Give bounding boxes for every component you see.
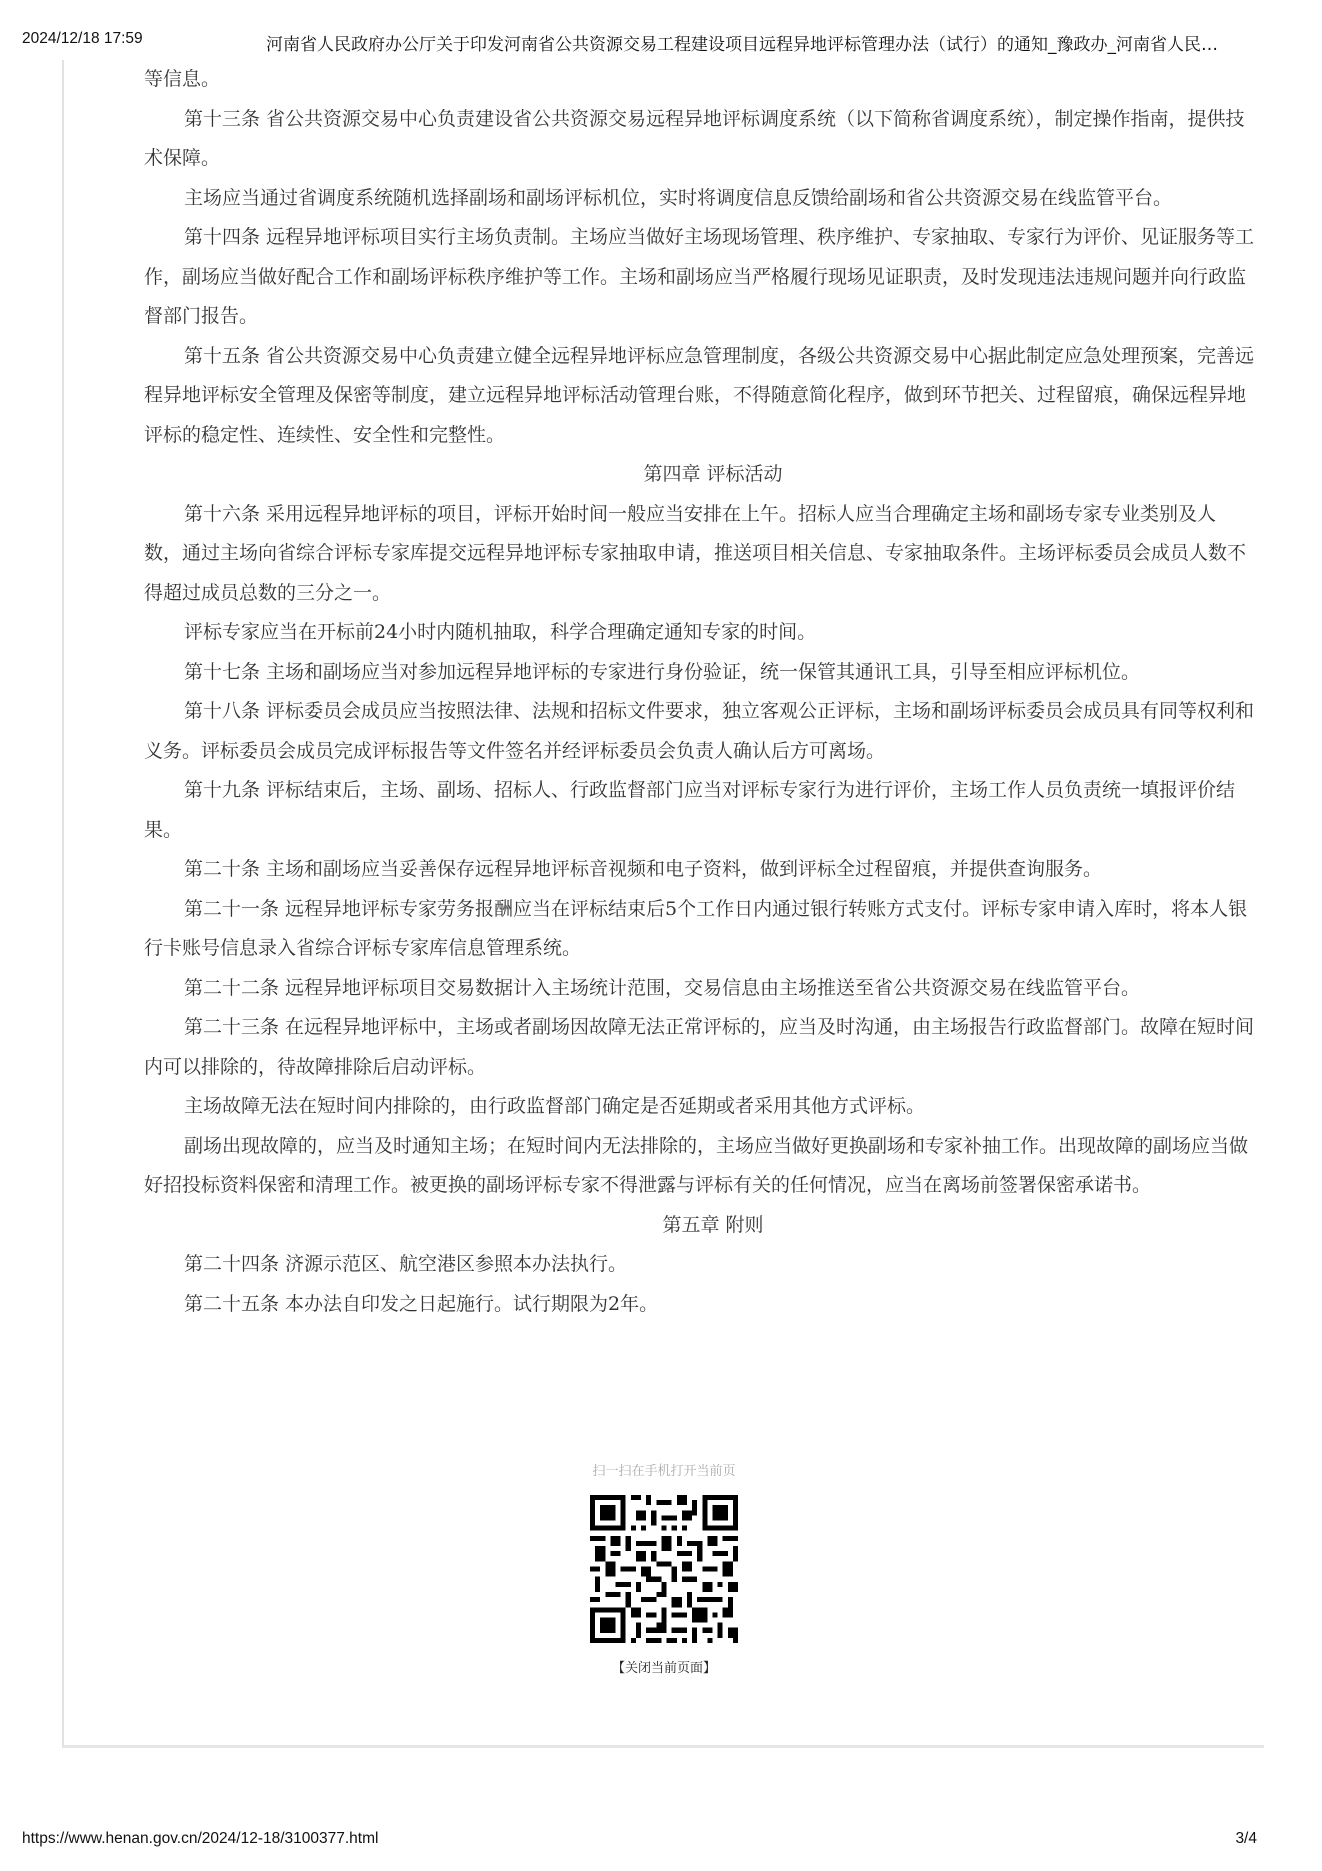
article-paragraph: 程异地评标安全管理及保密等制度，建立远程异地评标活动管理台账，不得随意简化程序，… <box>144 376 1264 416</box>
article-paragraph: 第二十三条 在远程异地评标中，主场或者副场因故障无法正常评标的，应当及时沟通，由… <box>144 1008 1264 1048</box>
article-paragraph: 果。 <box>144 811 1264 851</box>
article-paragraph: 副场出现故障的，应当及时通知主场；在短时间内无法排除的，主场应当做好更换副场和专… <box>144 1127 1264 1167</box>
article-paragraph: 第十七条 主场和副场应当对参加远程异地评标的专家进行身份验证，统一保管其通讯工具… <box>144 653 1264 693</box>
article-paragraph: 评标专家应当在开标前24小时内随机抽取，科学合理确定通知专家的时间。 <box>144 613 1264 653</box>
print-date: 2024/12/18 17:59 <box>22 30 143 48</box>
article-paragraph: 第二十一条 远程异地评标专家劳务报酬应当在评标结束后5个工作日内通过银行转账方式… <box>144 890 1264 930</box>
print-header: 2024/12/18 17:59 河南省人民政府办公厅关于印发河南省公共资源交易… <box>0 30 1322 60</box>
chapter-heading: 第四章 评标活动 <box>144 455 1264 495</box>
article-paragraph: 第十九条 评标结束后，主场、副场、招标人、行政监督部门应当对评标专家行为进行评价… <box>144 771 1264 811</box>
article-paragraph: 主场故障无法在短时间内排除的，由行政监督部门确定是否延期或者采用其他方式评标。 <box>144 1087 1264 1127</box>
qr-section: 扫一扫在手机打开当前页 【关闭当前页面】 <box>64 1460 1264 1677</box>
article-paragraph: 第十八条 评标委员会成员应当按照法律、法规和招标文件要求，独立客观公正评标，主场… <box>144 692 1264 732</box>
article-paragraph: 第二十二条 远程异地评标项目交易数据计入主场统计范围，交易信息由主场推送至省公共… <box>144 969 1264 1009</box>
print-footer: https://www.henan.gov.cn/2024/12-18/3100… <box>0 1830 1322 1854</box>
qr-code-icon <box>590 1495 738 1643</box>
article-paragraph: 评标的稳定性、连续性、安全性和完整性。 <box>144 416 1264 456</box>
article-paragraph: 第十六条 采用远程异地评标的项目，评标开始时间一般应当安排在上午。招标人应当合理… <box>144 495 1264 535</box>
qr-caption: 扫一扫在手机打开当前页 <box>64 1460 1264 1479</box>
article-paragraph: 第二十四条 济源示范区、航空港区参照本办法执行。 <box>144 1245 1264 1285</box>
article-paragraph: 第二十五条 本办法自印发之日起施行。试行期限为2年。 <box>144 1285 1264 1325</box>
article-paragraph: 行卡账号信息录入省综合评标专家库信息管理系统。 <box>144 929 1264 969</box>
article-paragraph: 督部门报告。 <box>144 297 1264 337</box>
article-paragraph: 得超过成员总数的三分之一。 <box>144 574 1264 614</box>
chapter-heading: 第五章 附则 <box>144 1206 1264 1246</box>
article-paragraph: 第十五条 省公共资源交易中心负责建立健全远程异地评标应急管理制度，各级公共资源交… <box>144 337 1264 377</box>
article-paragraph: 术保障。 <box>144 139 1264 179</box>
close-page-link[interactable]: 【关闭当前页面】 <box>612 1657 716 1676</box>
article-paragraph: 主场应当通过省调度系统随机选择副场和副场评标机位，实时将调度信息反馈给副场和省公… <box>144 179 1264 219</box>
article-paragraph: 数，通过主场向省综合评标专家库提交远程异地评标专家抽取申请，推送项目相关信息、专… <box>144 534 1264 574</box>
article-body: 等信息。第十三条 省公共资源交易中心负责建设省公共资源交易远程异地评标调度系统（… <box>144 60 1264 1324</box>
page-number: 3/4 <box>1235 1830 1257 1848</box>
page-url: https://www.henan.gov.cn/2024/12-18/3100… <box>22 1830 378 1848</box>
article-paragraph: 好招投标资料保密和清理工作。被更换的副场评标专家不得泄露与评标有关的任何情况，应… <box>144 1166 1264 1206</box>
article-paragraph: 义务。评标委员会成员完成评标报告等文件签名并经评标委员会负责人确认后方可离场。 <box>144 732 1264 772</box>
article-paragraph: 第十四条 远程异地评标项目实行主场负责制。主场应当做好主场现场管理、秩序维护、专… <box>144 218 1264 258</box>
article-frame: 等信息。第十三条 省公共资源交易中心负责建设省公共资源交易远程异地评标调度系统（… <box>62 60 1264 1748</box>
print-page-title: 河南省人民政府办公厅关于印发河南省公共资源交易工程建设项目远程异地评标管理办法（… <box>266 30 1276 55</box>
article-paragraph: 内可以排除的，待故障排除后启动评标。 <box>144 1048 1264 1088</box>
article-paragraph: 第十三条 省公共资源交易中心负责建设省公共资源交易远程异地评标调度系统（以下简称… <box>144 100 1264 140</box>
article-paragraph: 第二十条 主场和副场应当妥善保存远程异地评标音视频和电子资料，做到评标全过程留痕… <box>144 850 1264 890</box>
article-paragraph: 等信息。 <box>144 60 1264 100</box>
article-paragraph: 作，副场应当做好配合工作和副场评标秩序维护等工作。主场和副场应当严格履行现场见证… <box>144 258 1264 298</box>
